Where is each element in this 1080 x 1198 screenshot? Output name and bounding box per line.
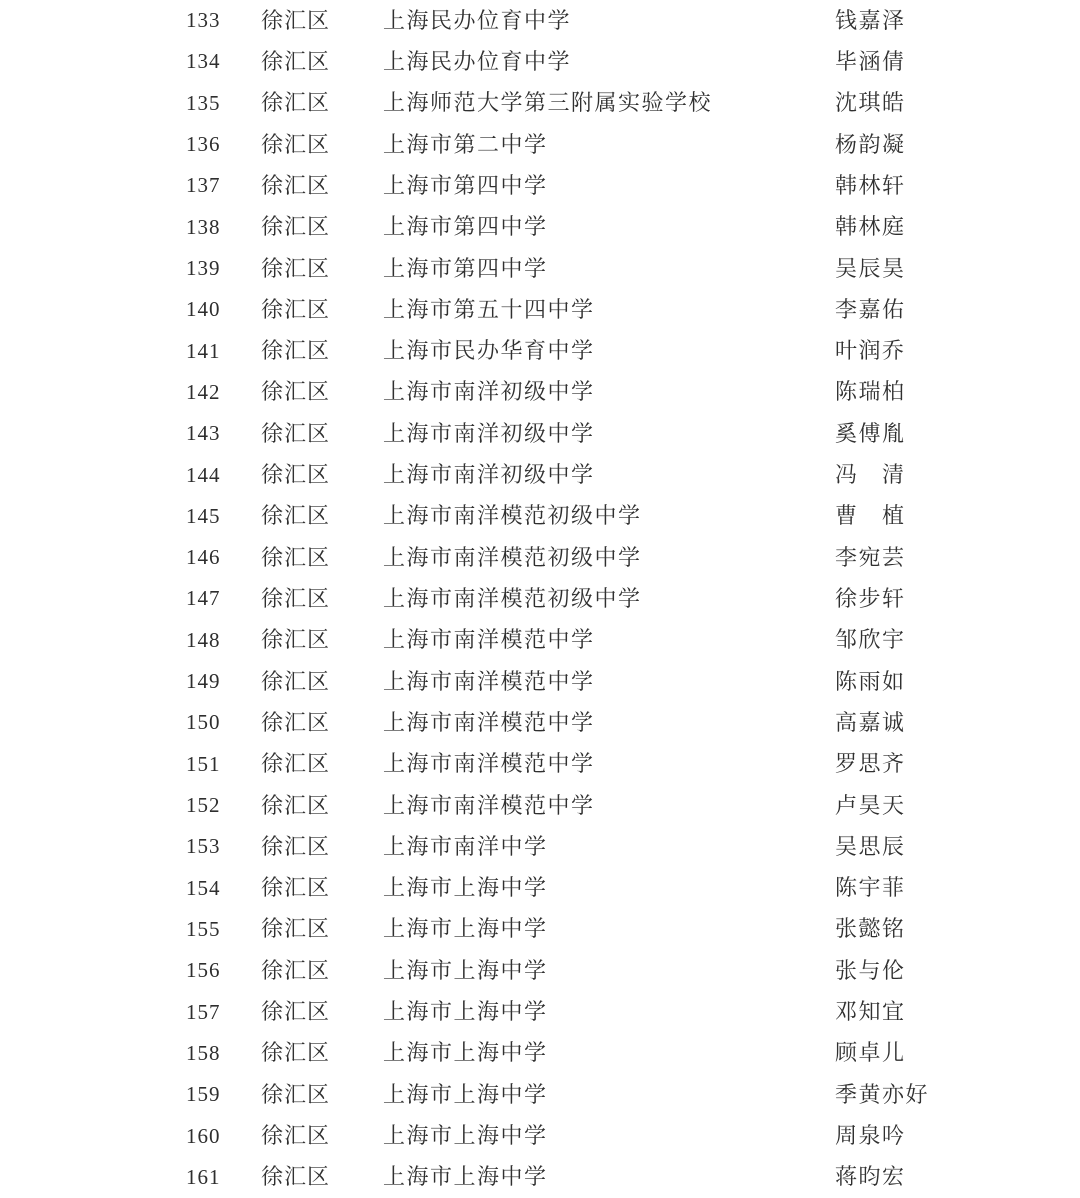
school-cell: 上海市第五十四中学 — [383, 299, 835, 321]
student-name-cell: 陈宇菲 — [835, 877, 1080, 899]
school-cell: 上海民办位育中学 — [383, 10, 835, 32]
school-cell: 上海市南洋初级中学 — [383, 423, 835, 445]
school-cell: 上海市上海中学 — [383, 1001, 835, 1023]
district-cell: 徐汇区 — [261, 134, 383, 156]
school-cell: 上海市上海中学 — [383, 1166, 835, 1188]
student-name-cell: 高嘉诚 — [835, 712, 1080, 734]
school-cell: 上海市上海中学 — [383, 1042, 835, 1064]
table-row: 158徐汇区上海市上海中学顾卓儿 — [0, 1033, 1080, 1074]
student-name-cell: 顾卓儿 — [835, 1042, 1080, 1064]
table-row: 161徐汇区上海市上海中学蒋昀宏 — [0, 1157, 1080, 1198]
school-cell: 上海市南洋模范中学 — [383, 712, 835, 734]
district-cell: 徐汇区 — [261, 216, 383, 238]
student-name-cell: 曹 植 — [835, 505, 1080, 527]
district-cell: 徐汇区 — [261, 547, 383, 569]
school-cell: 上海市上海中学 — [383, 960, 835, 982]
row-number-cell: 159 — [186, 1084, 261, 1105]
district-cell: 徐汇区 — [261, 505, 383, 527]
district-cell: 徐汇区 — [261, 381, 383, 403]
row-number-cell: 142 — [186, 382, 261, 403]
school-cell: 上海市南洋中学 — [383, 836, 835, 858]
school-cell: 上海市第四中学 — [383, 216, 835, 238]
school-cell: 上海市南洋初级中学 — [383, 464, 835, 486]
table-row: 156徐汇区上海市上海中学张与伦 — [0, 950, 1080, 991]
district-cell: 徐汇区 — [261, 1001, 383, 1023]
district-cell: 徐汇区 — [261, 340, 383, 362]
row-number-cell: 135 — [186, 93, 261, 114]
table-row: 143徐汇区上海市南洋初级中学奚傅胤 — [0, 413, 1080, 454]
table-row: 153徐汇区上海市南洋中学吴思辰 — [0, 826, 1080, 867]
school-cell: 上海市南洋模范初级中学 — [383, 547, 835, 569]
district-cell: 徐汇区 — [261, 629, 383, 651]
student-name-cell: 徐步轩 — [835, 588, 1080, 610]
district-cell: 徐汇区 — [261, 1042, 383, 1064]
row-number-cell: 140 — [186, 299, 261, 320]
district-cell: 徐汇区 — [261, 671, 383, 693]
table-row: 144徐汇区上海市南洋初级中学冯 清 — [0, 454, 1080, 495]
row-number-cell: 161 — [186, 1167, 261, 1188]
school-cell: 上海市上海中学 — [383, 1125, 835, 1147]
row-number-cell: 145 — [186, 506, 261, 527]
student-name-cell: 吴辰昊 — [835, 258, 1080, 280]
district-cell: 徐汇区 — [261, 423, 383, 445]
student-name-cell: 季黄亦好 — [835, 1084, 1080, 1106]
district-cell: 徐汇区 — [261, 92, 383, 114]
table-row: 136徐汇区上海市第二中学杨韵凝 — [0, 124, 1080, 165]
student-name-cell: 罗思齐 — [835, 753, 1080, 775]
row-number-cell: 147 — [186, 588, 261, 609]
row-number-cell: 141 — [186, 341, 261, 362]
row-number-cell: 153 — [186, 836, 261, 857]
table-row: 135徐汇区上海师范大学第三附属实验学校沈琪皓 — [0, 83, 1080, 124]
student-name-cell: 冯 清 — [835, 464, 1080, 486]
row-number-cell: 133 — [186, 10, 261, 31]
school-cell: 上海市南洋模范中学 — [383, 629, 835, 651]
row-number-cell: 155 — [186, 919, 261, 940]
school-cell: 上海市南洋模范初级中学 — [383, 505, 835, 527]
district-cell: 徐汇区 — [261, 753, 383, 775]
student-name-cell: 韩林庭 — [835, 216, 1080, 238]
student-name-cell: 周泉吟 — [835, 1125, 1080, 1147]
district-cell: 徐汇区 — [261, 1084, 383, 1106]
student-name-cell: 陈雨如 — [835, 671, 1080, 693]
row-number-cell: 137 — [186, 175, 261, 196]
school-cell: 上海市南洋初级中学 — [383, 381, 835, 403]
school-cell: 上海市上海中学 — [383, 1084, 835, 1106]
table-row: 146徐汇区上海市南洋模范初级中学李宛芸 — [0, 537, 1080, 578]
student-name-cell: 杨韵凝 — [835, 134, 1080, 156]
table-row: 142徐汇区上海市南洋初级中学陈瑞柏 — [0, 372, 1080, 413]
table-row: 159徐汇区上海市上海中学季黄亦好 — [0, 1074, 1080, 1115]
district-cell: 徐汇区 — [261, 877, 383, 899]
table-row: 138徐汇区上海市第四中学韩林庭 — [0, 207, 1080, 248]
school-cell: 上海师范大学第三附属实验学校 — [383, 92, 835, 114]
school-cell: 上海市第四中学 — [383, 258, 835, 280]
table-row: 150徐汇区上海市南洋模范中学高嘉诚 — [0, 702, 1080, 743]
school-cell: 上海市南洋模范初级中学 — [383, 588, 835, 610]
school-cell: 上海市上海中学 — [383, 877, 835, 899]
table-row: 160徐汇区上海市上海中学周泉吟 — [0, 1115, 1080, 1156]
student-name-cell: 毕涵倩 — [835, 51, 1080, 73]
student-name-cell: 叶润乔 — [835, 340, 1080, 362]
table-row: 134徐汇区上海民办位育中学毕涵倩 — [0, 41, 1080, 82]
table-row: 151徐汇区上海市南洋模范中学罗思齐 — [0, 744, 1080, 785]
district-cell: 徐汇区 — [261, 51, 383, 73]
table-row: 145徐汇区上海市南洋模范初级中学曹 植 — [0, 496, 1080, 537]
table-row: 137徐汇区上海市第四中学韩林轩 — [0, 165, 1080, 206]
student-name-cell: 邹欣宇 — [835, 629, 1080, 651]
district-cell: 徐汇区 — [261, 1125, 383, 1147]
row-number-cell: 138 — [186, 217, 261, 238]
student-name-cell: 李嘉佑 — [835, 299, 1080, 321]
district-cell: 徐汇区 — [261, 464, 383, 486]
school-cell: 上海市第四中学 — [383, 175, 835, 197]
school-cell: 上海市南洋模范中学 — [383, 671, 835, 693]
student-name-cell: 钱嘉泽 — [835, 10, 1080, 32]
district-cell: 徐汇区 — [261, 10, 383, 32]
row-number-cell: 151 — [186, 754, 261, 775]
school-cell: 上海市上海中学 — [383, 918, 835, 940]
school-cell: 上海市南洋模范中学 — [383, 795, 835, 817]
student-table: 133徐汇区上海民办位育中学钱嘉泽134徐汇区上海民办位育中学毕涵倩135徐汇区… — [0, 0, 1080, 1198]
school-cell: 上海市南洋模范中学 — [383, 753, 835, 775]
school-cell: 上海市第二中学 — [383, 134, 835, 156]
district-cell: 徐汇区 — [261, 836, 383, 858]
district-cell: 徐汇区 — [261, 1166, 383, 1188]
row-number-cell: 146 — [186, 547, 261, 568]
table-row: 155徐汇区上海市上海中学张懿铭 — [0, 909, 1080, 950]
student-name-cell: 张懿铭 — [835, 918, 1080, 940]
school-cell: 上海市民办华育中学 — [383, 340, 835, 362]
row-number-cell: 152 — [186, 795, 261, 816]
row-number-cell: 143 — [186, 423, 261, 444]
row-number-cell: 156 — [186, 960, 261, 981]
student-name-cell: 韩林轩 — [835, 175, 1080, 197]
student-name-cell: 邓知宜 — [835, 1001, 1080, 1023]
row-number-cell: 148 — [186, 630, 261, 651]
district-cell: 徐汇区 — [261, 175, 383, 197]
table-row: 139徐汇区上海市第四中学吴辰昊 — [0, 248, 1080, 289]
student-name-cell: 张与伦 — [835, 960, 1080, 982]
table-row: 152徐汇区上海市南洋模范中学卢昊天 — [0, 785, 1080, 826]
document-page: 133徐汇区上海民办位育中学钱嘉泽134徐汇区上海民办位育中学毕涵倩135徐汇区… — [0, 0, 1080, 1198]
row-number-cell: 149 — [186, 671, 261, 692]
student-name-cell: 蒋昀宏 — [835, 1166, 1080, 1188]
student-name-cell: 李宛芸 — [835, 547, 1080, 569]
row-number-cell: 150 — [186, 712, 261, 733]
table-row: 133徐汇区上海民办位育中学钱嘉泽 — [0, 0, 1080, 41]
district-cell: 徐汇区 — [261, 795, 383, 817]
table-row: 149徐汇区上海市南洋模范中学陈雨如 — [0, 661, 1080, 702]
row-number-cell: 158 — [186, 1043, 261, 1064]
table-row: 141徐汇区上海市民办华育中学叶润乔 — [0, 330, 1080, 371]
row-number-cell: 160 — [186, 1126, 261, 1147]
row-number-cell: 157 — [186, 1002, 261, 1023]
row-number-cell: 144 — [186, 465, 261, 486]
district-cell: 徐汇区 — [261, 299, 383, 321]
table-row: 140徐汇区上海市第五十四中学李嘉佑 — [0, 289, 1080, 330]
student-name-cell: 吴思辰 — [835, 836, 1080, 858]
row-number-cell: 154 — [186, 878, 261, 899]
table-row: 147徐汇区上海市南洋模范初级中学徐步轩 — [0, 578, 1080, 619]
student-name-cell: 奚傅胤 — [835, 423, 1080, 445]
student-name-cell: 陈瑞柏 — [835, 381, 1080, 403]
row-number-cell: 139 — [186, 258, 261, 279]
row-number-cell: 134 — [186, 51, 261, 72]
student-name-cell: 沈琪皓 — [835, 92, 1080, 114]
school-cell: 上海民办位育中学 — [383, 51, 835, 73]
district-cell: 徐汇区 — [261, 712, 383, 734]
table-row: 157徐汇区上海市上海中学邓知宜 — [0, 991, 1080, 1032]
row-number-cell: 136 — [186, 134, 261, 155]
district-cell: 徐汇区 — [261, 258, 383, 280]
district-cell: 徐汇区 — [261, 918, 383, 940]
district-cell: 徐汇区 — [261, 588, 383, 610]
district-cell: 徐汇区 — [261, 960, 383, 982]
student-name-cell: 卢昊天 — [835, 795, 1080, 817]
table-row: 154徐汇区上海市上海中学陈宇菲 — [0, 868, 1080, 909]
table-row: 148徐汇区上海市南洋模范中学邹欣宇 — [0, 620, 1080, 661]
